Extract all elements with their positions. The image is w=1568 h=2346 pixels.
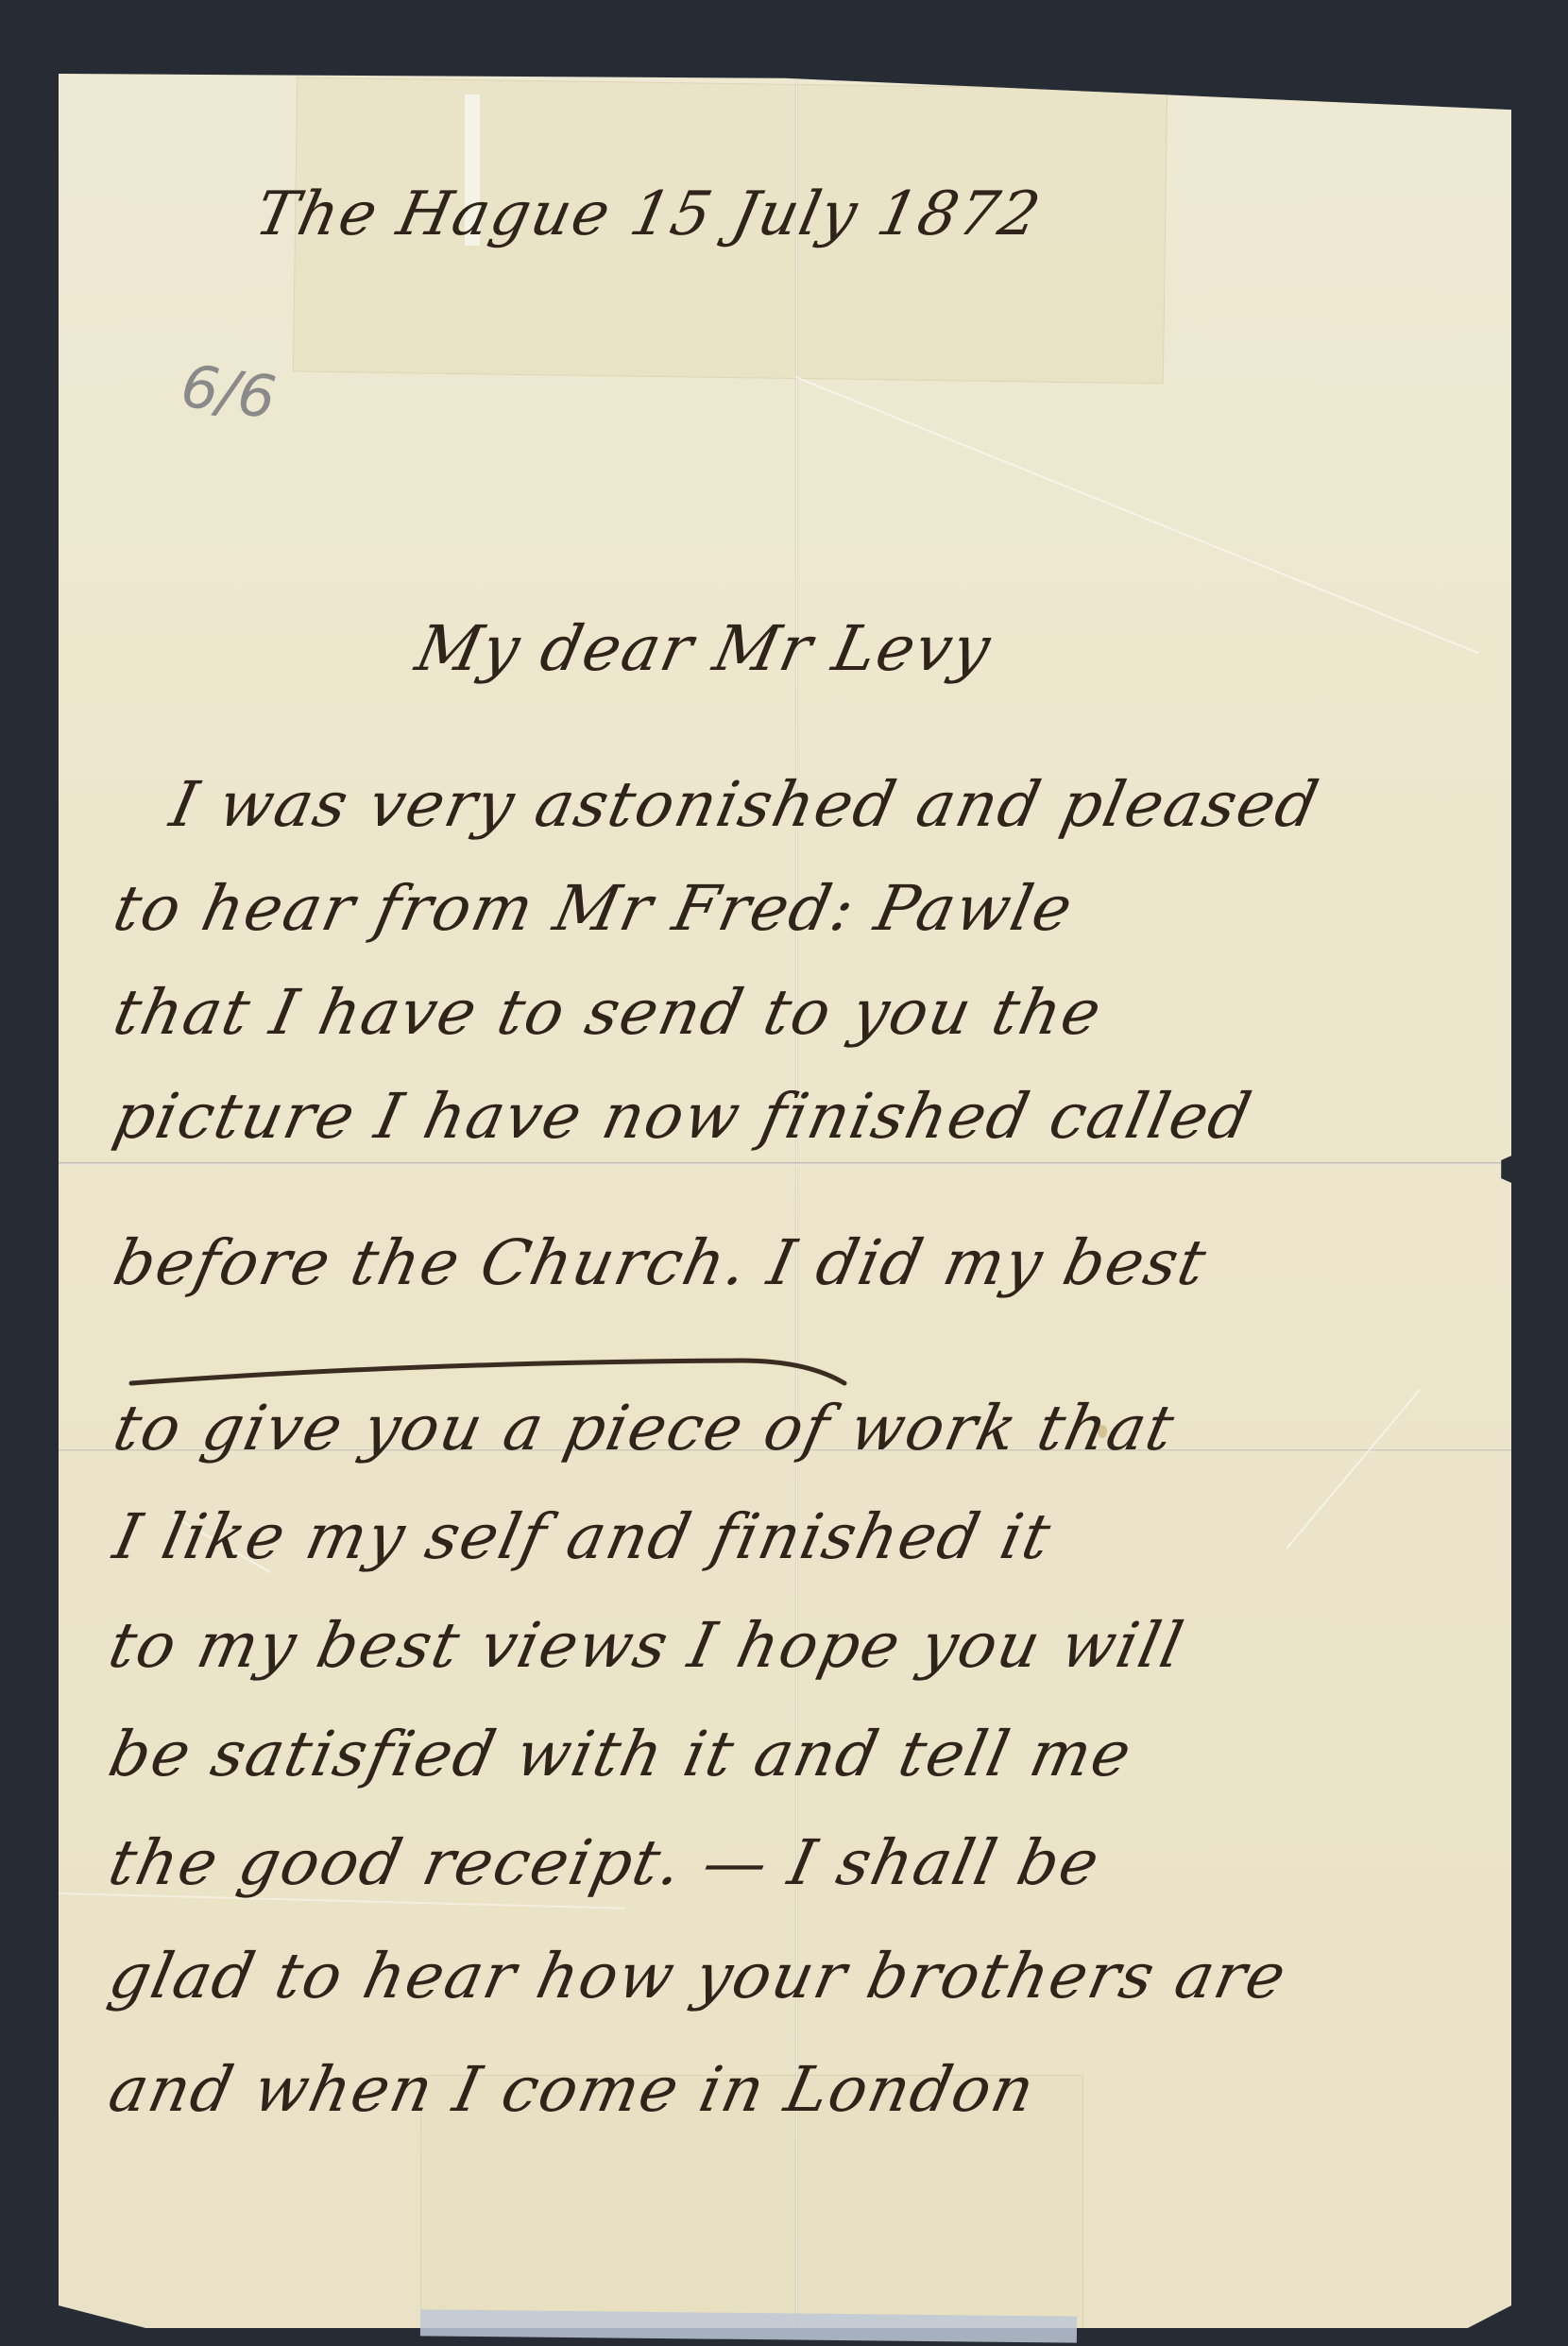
letter-header: The Hague 15 July 1872 — [249, 180, 1048, 249]
body-line-9: be satisfied with it and tell me — [103, 1718, 1139, 1790]
body-line-7: I like my self and finished it — [108, 1500, 1058, 1573]
title-underline — [127, 1355, 863, 1393]
salutation: My dear Mr Levy — [410, 612, 998, 685]
letter-paper: The Hague 15 July 1872 6/6 My dear Mr Le… — [59, 74, 1511, 2328]
body-line-6: to give you a piece of work that — [108, 1392, 1182, 1464]
crease-right — [1286, 1389, 1421, 1550]
blue-tape-edge — [420, 2309, 1077, 2342]
body-line-10: the good receipt. — I shall be — [103, 1826, 1107, 1899]
body-line-2: to hear from Mr Fred: Pawle — [108, 872, 1081, 945]
body-line-5: before the Church. I did my best — [108, 1226, 1214, 1299]
body-line-4: picture I have now finished called — [108, 1080, 1259, 1153]
body-line-1: I was very astonished and pleased — [164, 768, 1326, 841]
body-line-12: and when I come in London — [103, 2053, 1043, 2126]
body-line-8: to my best views I hope you will — [103, 1609, 1191, 1682]
horizontal-fold-1 — [59, 1162, 1511, 1165]
body-line-3: that I have to send to you the — [108, 976, 1109, 1049]
body-line-11: glad to hear how your brothers are — [103, 1940, 1294, 2012]
pencil-annotation: 6/6 — [177, 351, 280, 432]
